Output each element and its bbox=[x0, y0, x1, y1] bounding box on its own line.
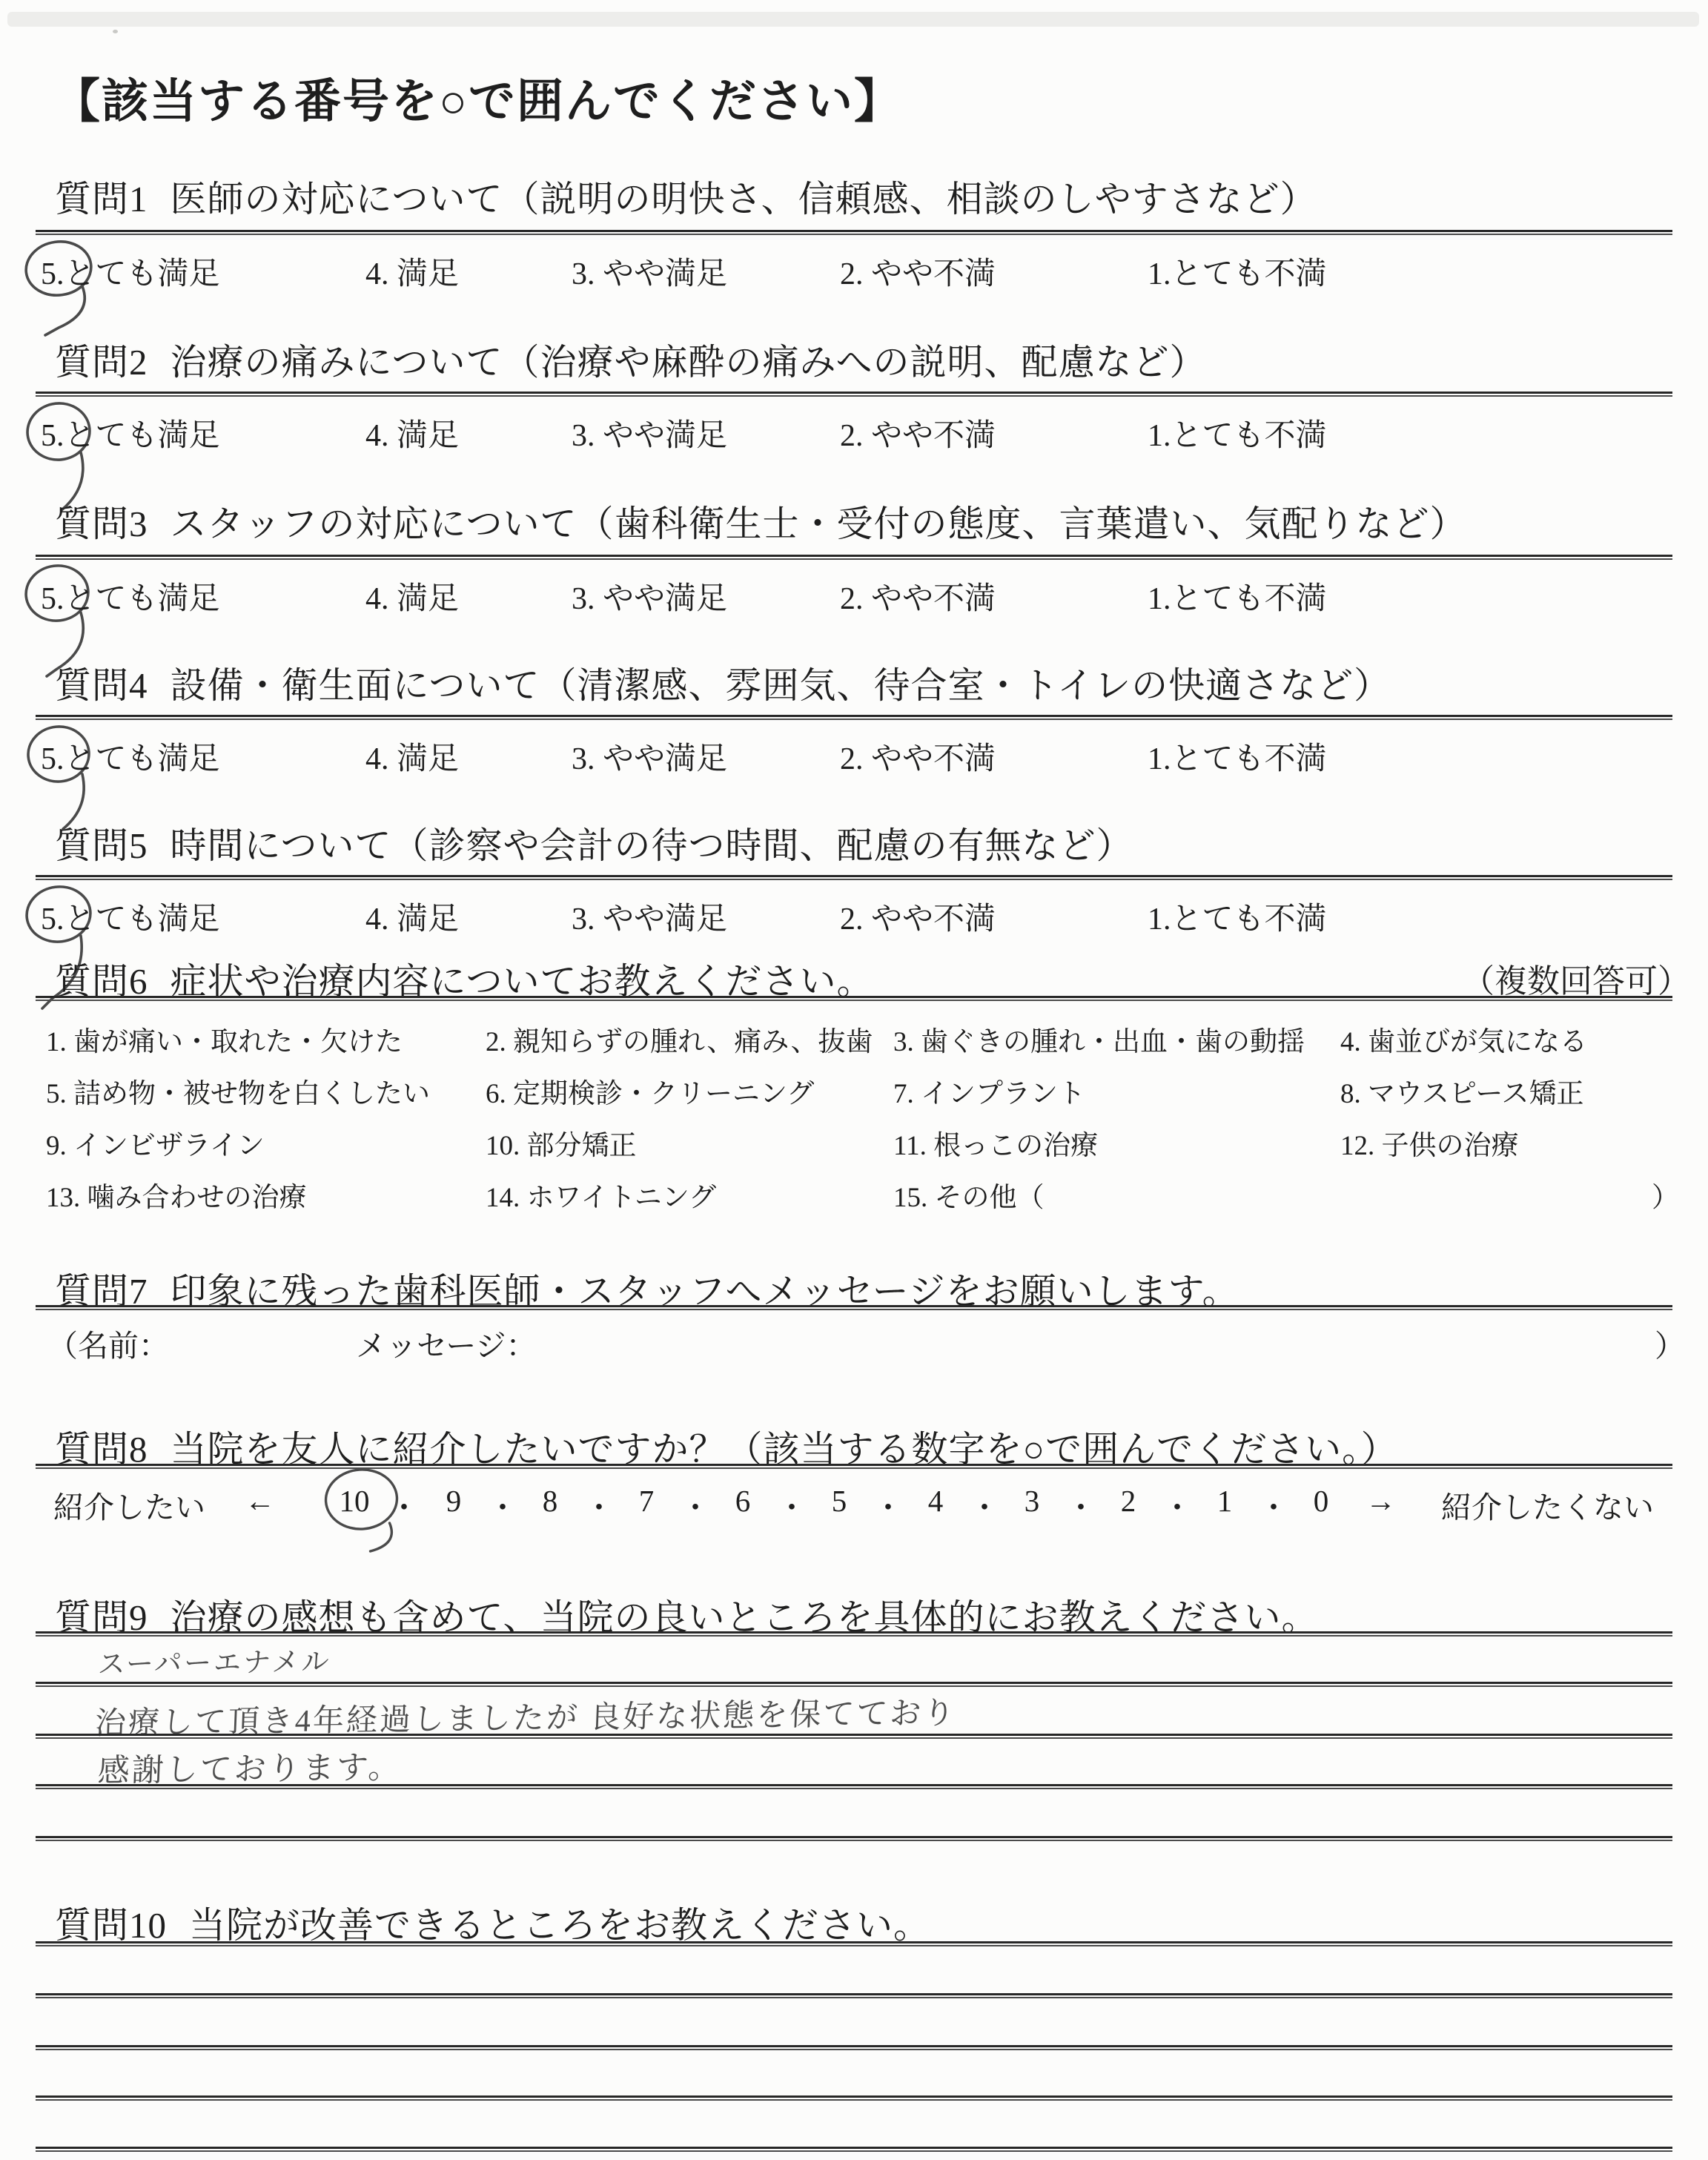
q8-scale-1[interactable]: 1 bbox=[1217, 1483, 1233, 1519]
q6-item-5[interactable]: 5. 詰め物・被せ物を白くしたい bbox=[46, 1071, 430, 1111]
q5-option-2[interactable]: 2. やや不満 bbox=[840, 894, 996, 939]
q3-number: 質問3 bbox=[55, 503, 148, 544]
q5-rule bbox=[36, 875, 1672, 880]
q4-number: 質問4 bbox=[55, 665, 148, 706]
q7-close-paren: ） bbox=[1655, 1321, 1685, 1365]
scan-artifact-dot bbox=[113, 30, 118, 33]
q3-option-2[interactable]: 2. やや不満 bbox=[840, 574, 996, 618]
q6-item-1[interactable]: 1. 歯が痛い・取れた・欠けた bbox=[46, 1019, 403, 1059]
q8-dot: ・ bbox=[389, 1483, 420, 1527]
q1-option-3[interactable]: 3. やや満足 bbox=[572, 249, 727, 294]
q1-rule bbox=[36, 230, 1672, 235]
q8-scale-5[interactable]: 5 bbox=[832, 1483, 847, 1519]
scan-artifact-band bbox=[7, 12, 1699, 27]
q6-item-15-close-paren: ） bbox=[1652, 1175, 1679, 1215]
q8-dot: ・ bbox=[777, 1483, 807, 1527]
q2-option-2[interactable]: 2. やや不満 bbox=[840, 411, 996, 455]
q8-dot: ・ bbox=[873, 1483, 904, 1527]
q3-heading: 質問3スタッフの対応について（歯科衛生士・受付の態度、言葉遣い、気配りなど） bbox=[55, 495, 1467, 547]
q6-item-15[interactable]: 15. その他（ bbox=[893, 1175, 1045, 1215]
q8-scale-10[interactable]: 10 bbox=[340, 1483, 370, 1519]
q6-item-11[interactable]: 11. 根っこの治療 bbox=[893, 1123, 1098, 1163]
q6-item-14[interactable]: 14. ホワイトニング bbox=[486, 1175, 716, 1215]
q5-option-3[interactable]: 3. やや満足 bbox=[572, 894, 727, 939]
q2-title: 治療の痛みについて（治療や麻酔の痛みへの説明、配慮など） bbox=[171, 342, 1207, 383]
q5-option-4[interactable]: 4. 満足 bbox=[365, 894, 459, 939]
q9-rule-1 bbox=[36, 1631, 1672, 1636]
q4-title: 設備・衛生面について（清潔感、雰囲気、待合室・トイレの快適さなど） bbox=[171, 665, 1391, 706]
form-title: 【該当する番号を○で囲んでください】 bbox=[53, 64, 902, 131]
q1-heading: 質問1医師の対応について（説明の明快さ、信頼感、相談のしやすさなど） bbox=[55, 171, 1317, 222]
q3-option-5[interactable]: 5.とても満足 bbox=[41, 574, 220, 618]
q3-title: スタッフの対応について（歯科衛生士・受付の態度、言葉遣い、気配りなど） bbox=[171, 503, 1467, 544]
q2-heading: 質問2治療の痛みについて（治療や麻酔の痛みへの説明、配慮など） bbox=[55, 334, 1207, 386]
q1-option-5[interactable]: 5.とても満足 bbox=[41, 249, 220, 294]
q9-rule-5 bbox=[36, 1836, 1672, 1841]
q8-scale-3[interactable]: 3 bbox=[1025, 1483, 1040, 1519]
q8-dot: ・ bbox=[681, 1483, 711, 1527]
q8-dot: ・ bbox=[970, 1483, 1000, 1527]
q8-scale-9[interactable]: 9 bbox=[446, 1483, 462, 1519]
q5-heading: 質問5時間について（診察や会計の待つ時間、配慮の有無など） bbox=[55, 817, 1133, 869]
q9-rule-2 bbox=[36, 1682, 1672, 1687]
q4-option-2[interactable]: 2. やや不満 bbox=[840, 734, 996, 779]
q8-dot: ・ bbox=[1066, 1483, 1096, 1527]
q6-item-3[interactable]: 3. 歯ぐきの腫れ・出血・歯の動揺 bbox=[893, 1019, 1305, 1059]
q10-rule-4 bbox=[36, 2095, 1672, 2101]
q2-option-4[interactable]: 4. 満足 bbox=[365, 411, 459, 455]
q8-scale-2[interactable]: 2 bbox=[1121, 1483, 1136, 1519]
q6-item-2[interactable]: 2. 親知らずの腫れ、痛み、抜歯 bbox=[486, 1019, 873, 1059]
q1-option-2[interactable]: 2. やや不満 bbox=[840, 249, 996, 294]
q10-rule-3 bbox=[36, 2045, 1672, 2050]
q5-number: 質問5 bbox=[55, 825, 148, 866]
q10-rule-2 bbox=[36, 1993, 1672, 1998]
q5-option-1[interactable]: 1.とても不満 bbox=[1148, 894, 1327, 939]
q6-item-13[interactable]: 13. 噛み合わせの治療 bbox=[46, 1175, 307, 1215]
q1-title: 医師の対応について（説明の明快さ、信頼感、相談のしやすさなど） bbox=[171, 179, 1317, 219]
q8-want-label: 紹介したい bbox=[53, 1483, 205, 1527]
q3-option-1[interactable]: 1.とても不満 bbox=[1148, 574, 1327, 618]
q2-number: 質問2 bbox=[55, 342, 148, 383]
q8-scale-6[interactable]: 6 bbox=[735, 1483, 751, 1519]
q8-scale-row: 紹介したい ← 10 ・ 9 ・ 8 ・ 7 ・ 6 ・ 5 ・ 4 ・ 3 ・… bbox=[0, 1483, 1708, 1519]
q10-rule-5 bbox=[36, 2147, 1672, 2152]
q1-number: 質問1 bbox=[55, 179, 148, 219]
q4-rule bbox=[36, 715, 1672, 720]
q7-message-label: メッセージ： bbox=[356, 1321, 537, 1365]
q2-option-5[interactable]: 5.とても満足 bbox=[41, 411, 220, 455]
q8-right-arrow: → bbox=[1366, 1483, 1396, 1519]
q4-option-5[interactable]: 5.とても満足 bbox=[41, 734, 220, 779]
q5-option-5[interactable]: 5.とても満足 bbox=[41, 894, 220, 939]
q8-dot: ・ bbox=[584, 1483, 615, 1527]
q3-option-3[interactable]: 3. やや満足 bbox=[572, 574, 727, 618]
q8-scale-0[interactable]: 0 bbox=[1314, 1483, 1329, 1519]
q10-number: 質問10 bbox=[55, 1905, 167, 1946]
q4-option-1[interactable]: 1.とても不満 bbox=[1148, 734, 1327, 779]
q1-option-1[interactable]: 1.とても不満 bbox=[1148, 249, 1327, 294]
q6-item-8[interactable]: 8. マウスピース矯正 bbox=[1340, 1071, 1584, 1111]
q2-option-1[interactable]: 1.とても不満 bbox=[1148, 411, 1327, 455]
q8-left-arrow: ← bbox=[245, 1483, 275, 1519]
q7-rule bbox=[36, 1305, 1672, 1310]
q9-handwriting-line-1: スーパーエナメル bbox=[97, 1639, 332, 1682]
q6-item-9[interactable]: 9. インビザライン bbox=[46, 1123, 265, 1163]
q6-item-4[interactable]: 4. 歯並びが気になる bbox=[1340, 1019, 1587, 1059]
q6-item-7[interactable]: 7. インプラント bbox=[893, 1071, 1085, 1111]
q6-item-10[interactable]: 10. 部分矯正 bbox=[486, 1123, 637, 1163]
q8-scale-7[interactable]: 7 bbox=[639, 1483, 655, 1519]
q2-rule bbox=[36, 392, 1672, 397]
q8-rule bbox=[36, 1464, 1672, 1469]
q9-rule-4 bbox=[36, 1784, 1672, 1789]
q6-item-12[interactable]: 12. 子供の治療 bbox=[1340, 1123, 1519, 1163]
q8-dot: ・ bbox=[488, 1483, 518, 1527]
q5-title: 時間について（診察や会計の待つ時間、配慮の有無など） bbox=[171, 825, 1133, 866]
q6-item-6[interactable]: 6. 定期検診・クリーニング bbox=[486, 1071, 814, 1111]
q3-option-4[interactable]: 4. 満足 bbox=[365, 574, 459, 618]
q4-option-3[interactable]: 3. やや満足 bbox=[572, 734, 727, 779]
q4-heading: 質問4設備・衛生面について（清潔感、雰囲気、待合室・トイレの快適さなど） bbox=[55, 657, 1391, 709]
q1-option-4[interactable]: 4. 満足 bbox=[365, 249, 459, 294]
q7-name-label: （名前： bbox=[47, 1321, 169, 1365]
q8-scale-8[interactable]: 8 bbox=[543, 1483, 558, 1519]
q2-option-3[interactable]: 3. やや満足 bbox=[572, 411, 727, 455]
q10-rule-1 bbox=[36, 1941, 1672, 1946]
q9-rule-3 bbox=[36, 1734, 1672, 1739]
q8-dot: ・ bbox=[1259, 1483, 1289, 1527]
q6-rule bbox=[36, 996, 1672, 1001]
q6-multi-answer-note: （複数回答可） bbox=[1462, 954, 1690, 1002]
q8-not-want-label: 紹介したくない bbox=[1441, 1483, 1654, 1527]
q8-dot: ・ bbox=[1162, 1483, 1193, 1527]
survey-form-page: 【該当する番号を○で囲んでください】 質問1医師の対応について（説明の明快さ、信… bbox=[0, 0, 1708, 2160]
q8-scale-4[interactable]: 4 bbox=[928, 1483, 944, 1519]
q3-rule bbox=[36, 555, 1672, 560]
q4-option-4[interactable]: 4. 満足 bbox=[365, 734, 459, 779]
q10-title: 当院が改善できるところをお教えください。 bbox=[189, 1905, 930, 1946]
